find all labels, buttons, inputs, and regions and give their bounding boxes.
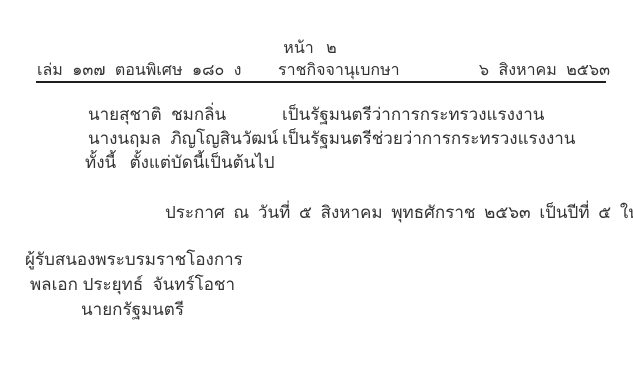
- appointee-name: นายสุชาติ ชมกลิ่น: [88, 101, 226, 128]
- signature-block: ผู้รับสนองพระบรมราชโองการ พลเอก ประยุทธ์…: [25, 247, 240, 322]
- gazette-document-page: หน้า ๒ เล่ม ๑๓๗ ตอนพิเศษ ๑๘๐ ง ราชกิจจาน…: [0, 0, 633, 370]
- appointee-position: เป็นรัฐมนตรีว่าการกระทรวงแรงงาน: [282, 101, 544, 128]
- proclamation-line: ประกาศ ณ วันที่ ๕ สิงหาคม พุทธศักราช ๒๕๖…: [165, 199, 633, 226]
- countersign-label: ผู้รับสนองพระบรมราชโองการ: [25, 247, 240, 272]
- appointee-name: นางนฤมล ภิญโญสินวัฒน์: [88, 125, 278, 152]
- effective-clause: ทั้งนี้ ตั้งแต่บัดนี้เป็นต้นไป: [85, 149, 275, 176]
- appointee-position: เป็นรัฐมนตรีช่วยว่าการกระทรวงแรงงาน: [282, 125, 575, 152]
- volume-issue-label: เล่ม ๑๓๗ ตอนพิเศษ ๑๘๐ ง: [37, 58, 241, 83]
- signer-title: นายกรัฐมนตรี: [25, 297, 240, 322]
- gazette-title: ราชกิจจานุเบกษา: [278, 58, 400, 83]
- header-divider-rule: [36, 81, 606, 83]
- issue-date: ๖ สิงหาคม ๒๕๖๓: [479, 58, 610, 83]
- signer-name: พลเอก ประยุทธ์ จันทร์โอชา: [25, 272, 240, 297]
